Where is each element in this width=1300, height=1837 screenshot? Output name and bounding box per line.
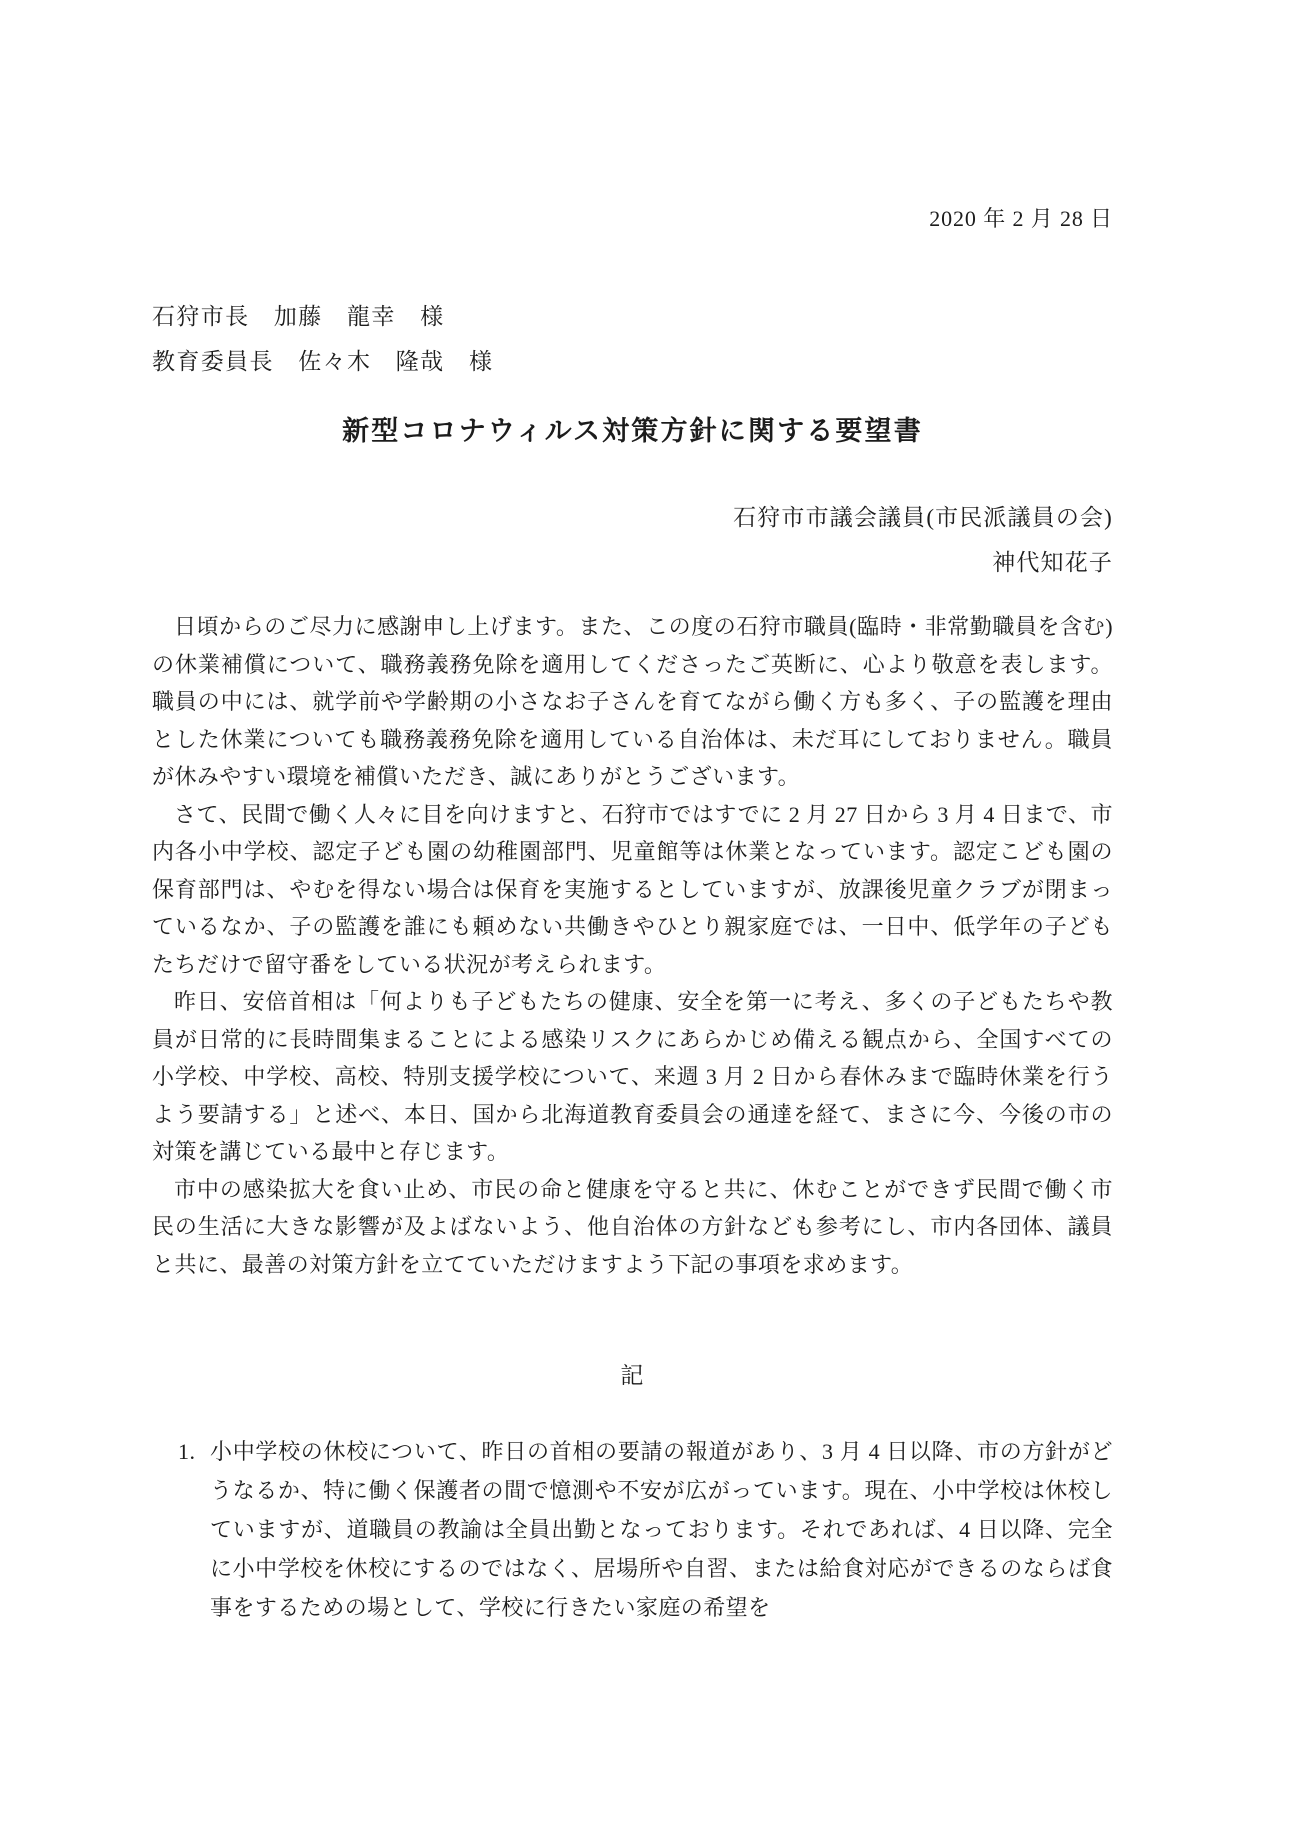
letter-body: 日頃からのご尽力に感謝申し上げます。また、この度の石狩市職員(臨時・非常勤職員を… <box>152 608 1113 1627</box>
letter-page: 2020 年 2 月 28 日 石狩市長 加藤 龍幸 様 教育委員長 佐々木 隆… <box>0 0 1300 1837</box>
document-date: 2020 年 2 月 28 日 <box>152 202 1113 233</box>
body-paragraph-3: 昨日、安倍首相は「何よりも子どもたちの健康、安全を第一に考え、多くの子どもたちや… <box>152 983 1113 1171</box>
list-item: 1. 小中学校の休校について、昨日の首相の要請の報道があり、3 月 4 日以降、… <box>152 1432 1113 1627</box>
list-item-number: 1. <box>178 1432 195 1471</box>
body-paragraph-4: 市中の感染拡大を食い止め、市民の命と健康を守ると共に、休むことができず民間で働く… <box>152 1171 1113 1284</box>
body-paragraph-2: さて、民間で働く人々に目を向けますと、石狩市ではすでに 2 月 27 日から 3… <box>152 796 1113 984</box>
list-item-text: 小中学校の休校について、昨日の首相の要請の報道があり、3 月 4 日以降、市の方… <box>210 1439 1113 1620</box>
recipient-line-mayor: 石狩市長 加藤 龍幸 様 <box>152 294 1113 339</box>
recipient-block: 石狩市長 加藤 龍幸 様 教育委員長 佐々木 隆哉 様 <box>152 294 1113 384</box>
request-list: 1. 小中学校の休校について、昨日の首相の要請の報道があり、3 月 4 日以降、… <box>152 1432 1113 1627</box>
recipient-line-education-chair: 教育委員長 佐々木 隆哉 様 <box>152 339 1113 384</box>
sender-organization: 石狩市市議会議員(市民派議員の会) <box>152 495 1113 540</box>
section-marker-ki: 記 <box>152 1357 1113 1395</box>
document-title: 新型コロナウィルス対策方針に関する要望書 <box>152 409 1113 448</box>
sender-name: 神代知花子 <box>152 540 1113 585</box>
body-paragraph-1: 日頃からのご尽力に感謝申し上げます。また、この度の石狩市職員(臨時・非常勤職員を… <box>152 608 1113 796</box>
sender-block: 石狩市市議会議員(市民派議員の会) 神代知花子 <box>152 495 1113 585</box>
